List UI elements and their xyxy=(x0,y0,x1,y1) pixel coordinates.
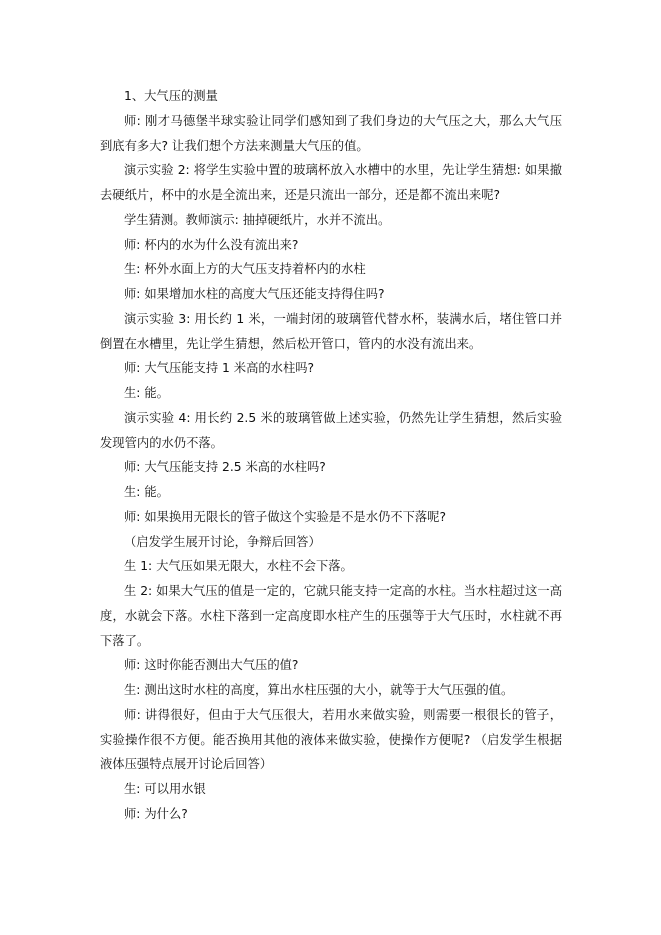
paragraph: 师: 杯内的水为什么没有流出来? xyxy=(100,233,562,258)
paragraph: 师: 讲得很好，但由于大气压很大，若用水来做实验，则需要一根很长的管子，实验操作… xyxy=(100,703,562,777)
paragraph: 生: 杯外水面上方的大气压支持着杯内的水柱 xyxy=(100,257,562,282)
paragraph: 师: 大气压能支持 1 米高的水柱吗? xyxy=(100,356,562,381)
paragraph: 生: 可以用水银 xyxy=(100,777,562,802)
paragraph: 生 1: 大气压如果无限大，水柱不会下落。 xyxy=(100,554,562,579)
paragraph: 师: 刚才马德堡半球实验让同学们感知到了我们身边的大气压之大，那么大气压到底有多… xyxy=(100,109,562,159)
paragraph: 演示实验 3: 用长约 1 米，一端封闭的玻璃管代替水杯，装满水后，堵住管口并倒… xyxy=(100,307,562,357)
paragraph: 师: 这时你能否测出大气压的值? xyxy=(100,653,562,678)
paragraph: 师: 如果增加水柱的高度大气压还能支持得住吗? xyxy=(100,282,562,307)
section-title: 1、大气压的测量 xyxy=(100,84,562,109)
paragraph: 生: 能。 xyxy=(100,480,562,505)
paragraph: 学生猜测。教师演示: 抽掉硬纸片，水并不流出。 xyxy=(100,208,562,233)
paragraph: 生 2: 如果大气压的值是一定的，它就只能支持一定高的水柱。当水柱超过这一高度，… xyxy=(100,579,562,653)
paragraph: 师: 为什么? xyxy=(100,802,562,827)
paragraph: 师: 大气压能支持 2.5 米高的水柱吗? xyxy=(100,455,562,480)
paragraph: （启发学生展开讨论，争辩后回答） xyxy=(100,530,562,555)
paragraph: 生: 测出这时水柱的高度，算出水柱压强的大小，就等于大气压强的值。 xyxy=(100,678,562,703)
document-page: 1、大气压的测量 师: 刚才马德堡半球实验让同学们感知到了我们身边的大气压之大，… xyxy=(100,84,562,827)
paragraph: 生: 能。 xyxy=(100,381,562,406)
paragraph: 演示实验 4: 用长约 2.5 米的玻璃管做上述实验，仍然先让学生猜想，然后实验… xyxy=(100,406,562,456)
paragraph: 演示实验 2: 将学生实验中置的玻璃杯放入水槽中的水里，先让学生猜想: 如果撤去… xyxy=(100,158,562,208)
paragraph: 师: 如果换用无限长的管子做这个实验是不是水仍不下落呢? xyxy=(100,505,562,530)
